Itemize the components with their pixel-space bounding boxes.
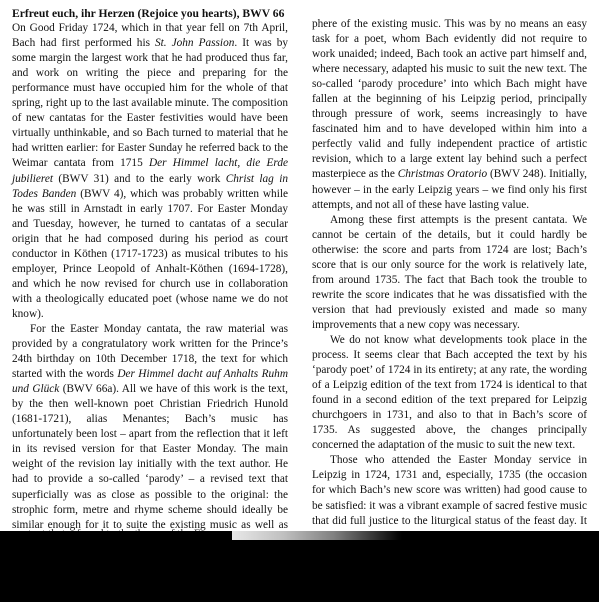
italic-title-text: Christmas Oratorio <box>398 168 487 180</box>
italic-title-text: St. John Passion <box>155 37 234 49</box>
paragraph: On Good Friday 1724, which in that year … <box>12 21 288 322</box>
paragraph: We do not know what developments took pl… <box>312 333 587 453</box>
paragraph: Among these first attempts is the presen… <box>312 213 587 333</box>
body-text: We do not know what developments took pl… <box>312 334 587 451</box>
right-column: phere of the existing music. This was by… <box>312 17 587 559</box>
right-paragraphs: phere of the existing music. This was by… <box>312 17 587 559</box>
scan-gradient-strip <box>232 531 402 540</box>
body-text: Among these first attempts is the presen… <box>312 214 587 331</box>
left-column: Erfreut euch, ihr Herzen (Rejoice you he… <box>12 6 288 578</box>
cantata-title: Erfreut euch, ihr Herzen (Rejoice you he… <box>12 6 288 21</box>
document-page: Erfreut euch, ihr Herzen (Rejoice you he… <box>0 0 599 602</box>
body-text: phere of the existing music. This was by… <box>312 18 587 180</box>
left-paragraphs: On Good Friday 1724, which in that year … <box>12 21 288 578</box>
paragraph: phere of the existing music. This was by… <box>312 17 587 213</box>
body-text: (BWV 31) and to the early work <box>53 173 226 185</box>
body-text: . It was by some margin the largest work… <box>12 37 288 169</box>
scan-black-border <box>0 531 599 602</box>
body-text: (BWV 4), which was probably written whil… <box>12 188 288 320</box>
